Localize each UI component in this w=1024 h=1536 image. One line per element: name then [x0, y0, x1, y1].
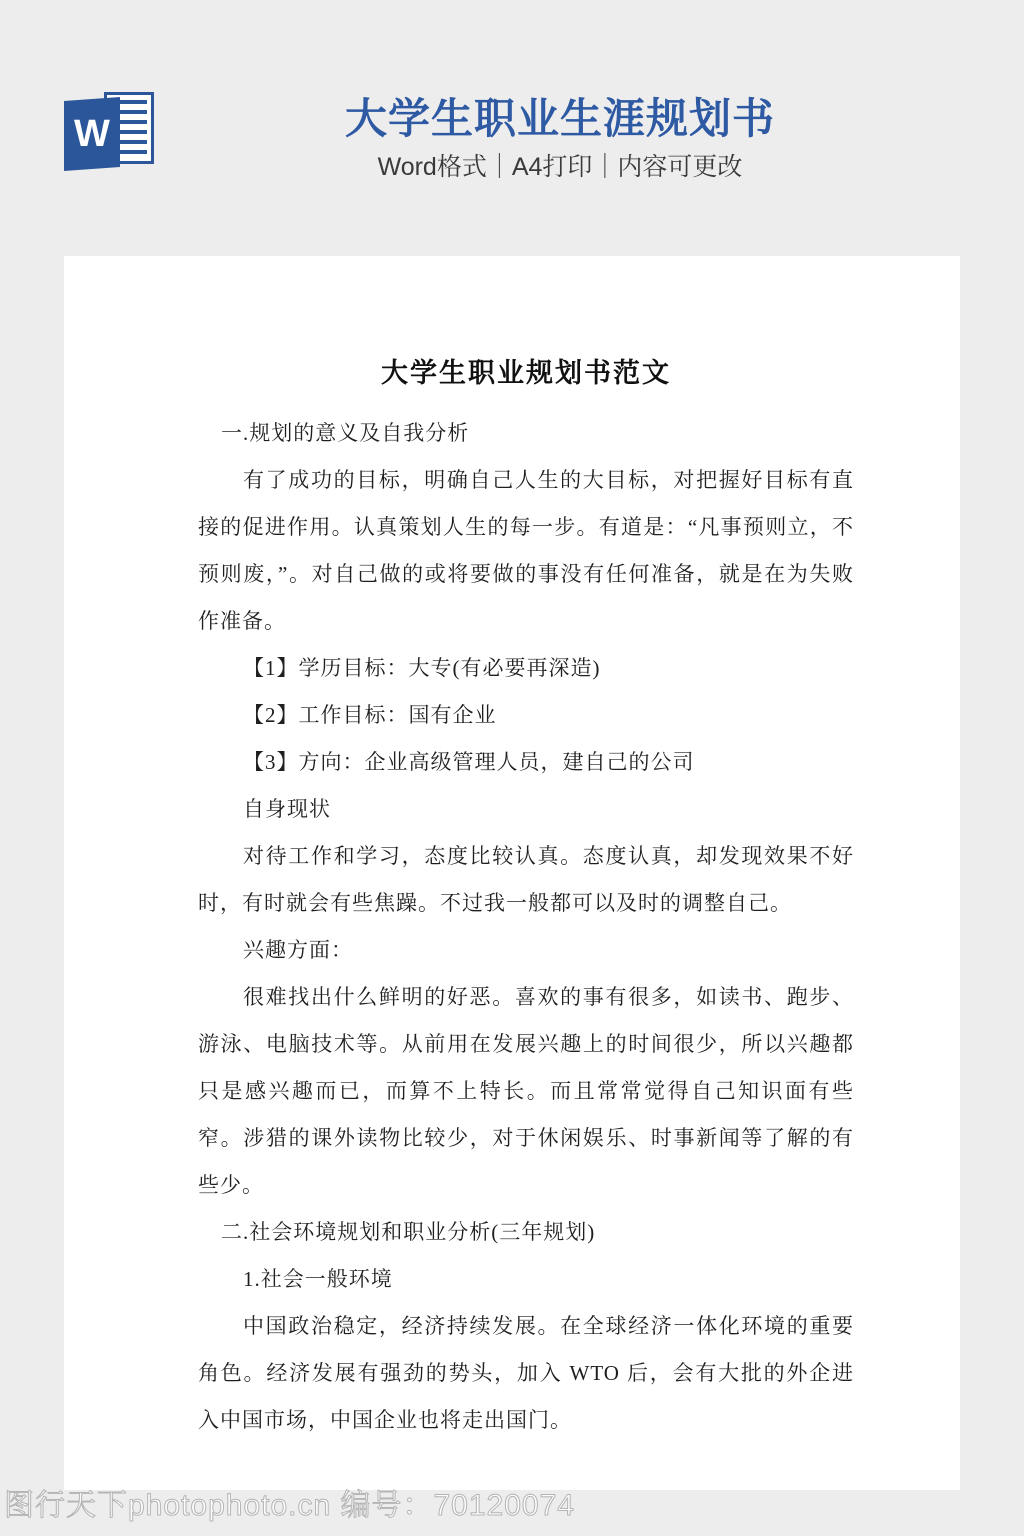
word-logo-letter: W — [74, 113, 110, 156]
header-text: 大学生职业生涯规划书 Word格式｜A4打印｜内容可更改 — [160, 94, 960, 182]
doc-paragraph: 对待工作和学习，态度比较认真。态度认真，却发现效果不好时，有时就会有些焦躁。不过… — [198, 833, 854, 927]
doc-paragraph: 【1】学历目标：大专(有必要再深造) — [198, 645, 854, 692]
doc-paragraph: 很难找出什么鲜明的好恶。喜欢的事有很多，如读书、跑步、游泳、电脑技术等。从前用在… — [198, 974, 854, 1209]
doc-paragraph: 自身现状 — [198, 786, 854, 833]
document-content: 大学生职业规划书范文 一.规划的意义及自我分析有了成功的目标，明确自己人生的大目… — [64, 256, 960, 1444]
doc-paragraph: 中国政治稳定，经济持续发展。在全球经济一体化环境的重要角色。经济发展有强劲的势头… — [198, 1303, 854, 1444]
doc-paragraph: 有了成功的目标，明确自己人生的大目标，对把握好目标有直接的促进作用。认真策划人生… — [198, 457, 854, 645]
doc-paragraph: 兴趣方面： — [198, 927, 854, 974]
word-logo-icon: W — [64, 92, 156, 174]
template-title: 大学生职业生涯规划书 — [160, 94, 960, 144]
doc-heading: 一.规划的意义及自我分析 — [198, 410, 854, 457]
doc-paragraph: 【3】方向：企业高级管理人员，建自己的公司 — [198, 739, 854, 786]
doc-heading: 二.社会环境规划和职业分析(三年规划) — [198, 1209, 854, 1256]
doc-body: 一.规划的意义及自我分析有了成功的目标，明确自己人生的大目标，对把握好目标有直接… — [198, 410, 854, 1444]
document-title: 大学生职业规划书范文 — [198, 352, 854, 394]
watermark-text: 图行天下photophoto.cn 编号：70120074 — [4, 1486, 575, 1526]
doc-paragraph: 【2】工作目标：国有企业 — [198, 692, 854, 739]
header: W 大学生职业生涯规划书 Word格式｜A4打印｜内容可更改 — [0, 0, 1024, 256]
doc-paragraph: 1.社会一般环境 — [198, 1256, 854, 1303]
template-subtitle: Word格式｜A4打印｜内容可更改 — [160, 152, 960, 182]
word-logo-page-lines — [117, 100, 147, 156]
document-page: 大学生职业规划书范文 一.规划的意义及自我分析有了成功的目标，明确自己人生的大目… — [64, 256, 960, 1490]
word-logo-fold: W — [64, 97, 120, 171]
